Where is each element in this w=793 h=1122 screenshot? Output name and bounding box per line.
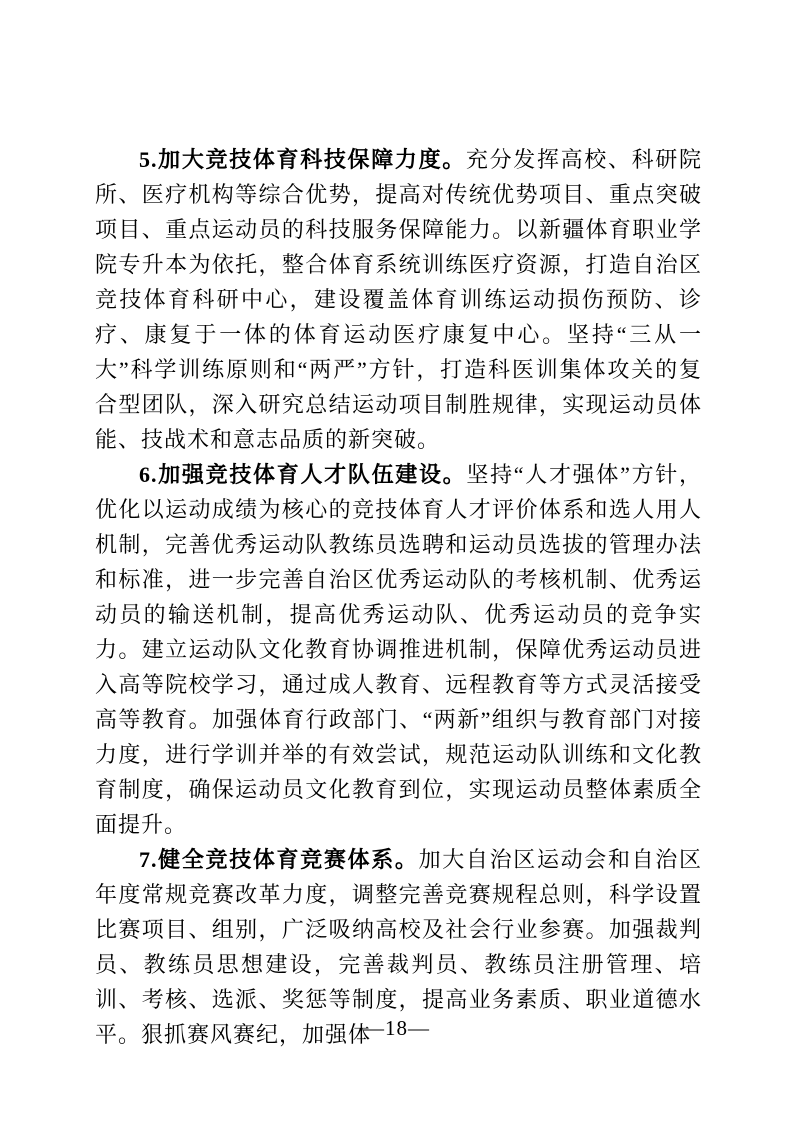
paragraph-6-heading: 6.加强竞技体育人才队伍建设。 [139,462,466,487]
paragraph-7-heading: 7.健全竞技体育竞赛体系。 [139,847,419,872]
paragraph-5-text: 充分发挥高校、科研院所、医疗机构等综合优势，提高对传统优势项目、重点突破项目、重… [95,147,702,452]
page-number: —18— [0,1016,793,1041]
document-page: 5.加大竞技体育科技保障力度。充分发挥高校、科研院所、医疗机构等综合优势，提高对… [0,0,793,1122]
paragraph-5: 5.加大竞技体育科技保障力度。充分发挥高校、科研院所、医疗机构等综合优势，提高对… [95,142,702,457]
paragraph-6: 6.加强竞技体育人才队伍建设。坚持“人才强体”方针，优化以运动成绩为核心的竞技体… [95,457,702,842]
document-body: 5.加大竞技体育科技保障力度。充分发挥高校、科研院所、医疗机构等综合优势，提高对… [95,142,702,1052]
paragraph-5-heading: 5.加大竞技体育科技保障力度。 [139,147,466,172]
paragraph-6-text: 坚持“人才强体”方针，优化以运动成绩为核心的竞技体育人才评价体系和选人用人机制，… [95,462,702,837]
